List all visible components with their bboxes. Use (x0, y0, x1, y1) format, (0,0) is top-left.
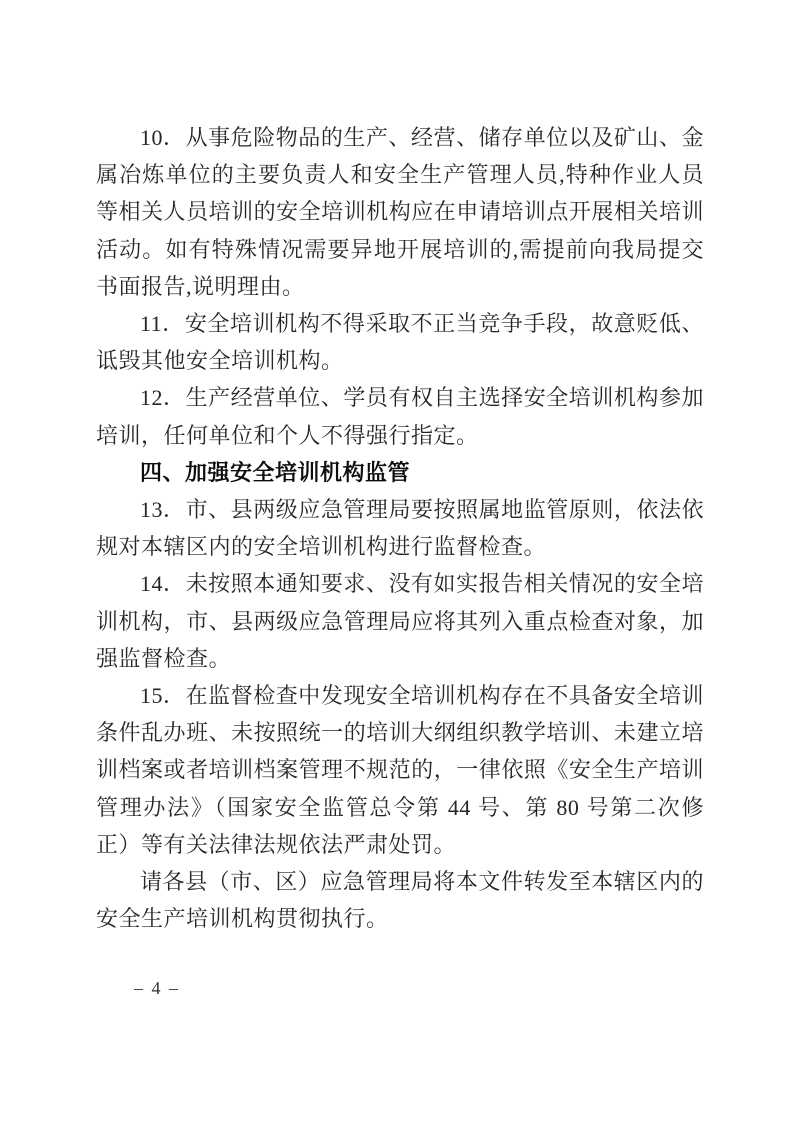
paragraph-item-10: 10．从事危险物品的生产、经营、储存单位以及矿山、金属冶炼单位的主要负责人和安全… (96, 119, 704, 305)
document-body: 10．从事危险物品的生产、经营、储存单位以及矿山、金属冶炼单位的主要负责人和安全… (96, 119, 704, 937)
paragraph-item-11: 11．安全培训机构不得采取不正当竞争手段，故意贬低、诋毁其他安全培训机构。 (96, 305, 704, 379)
paragraph-item-13: 13．市、县两级应急管理局要按照属地监管原则，依法依规对本辖区内的安全培训机构进… (96, 491, 704, 565)
document-page: 10．从事危险物品的生产、经营、储存单位以及矿山、金属冶炼单位的主要负责人和安全… (0, 0, 793, 1122)
paragraph-item-12: 12．生产经营单位、学员有权自主选择安全培训机构参加培训，任何单位和个人不得强行… (96, 379, 704, 453)
section-heading-4: 四、加强安全培训机构监管 (96, 454, 704, 491)
page-number: – 4 – (134, 977, 180, 999)
paragraph-item-15: 15．在监督检查中发现安全培训机构存在不具备安全培训条件乱办班、未按照统一的培训… (96, 677, 704, 863)
paragraph-item-14: 14．未按照本通知要求、没有如实报告相关情况的安全培训机构，市、县两级应急管理局… (96, 565, 704, 677)
paragraph-closing: 请各县（市、区）应急管理局将本文件转发至本辖区内的安全生产培训机构贯彻执行。 (96, 863, 704, 937)
